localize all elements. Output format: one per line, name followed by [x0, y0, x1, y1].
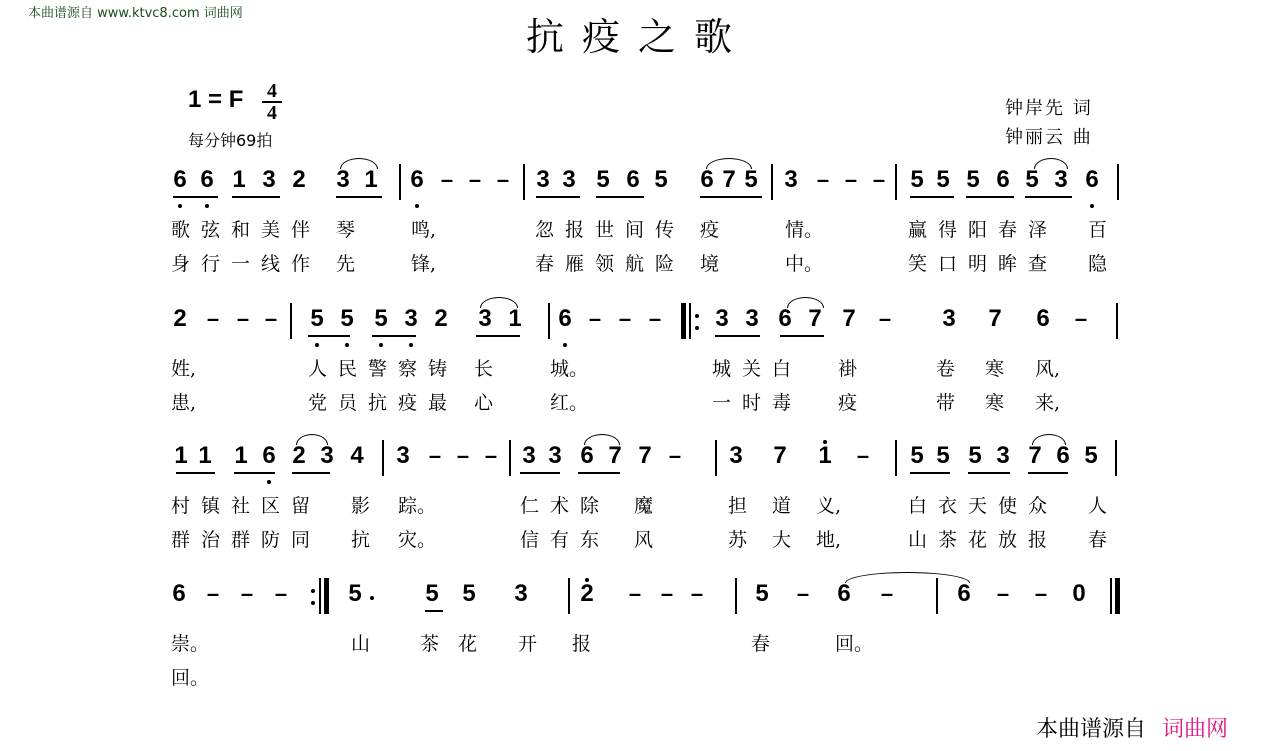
- note: 7: [986, 307, 1004, 331]
- footer-source: 本曲谱源自词曲网: [1036, 712, 1228, 743]
- note: 3: [394, 444, 412, 468]
- barline: [1116, 303, 1118, 339]
- barline: [771, 164, 773, 200]
- lyric-verse-1: 茶: [420, 633, 442, 655]
- sustain-dash: –: [234, 307, 252, 331]
- lyric-verse-2: 作: [291, 253, 313, 275]
- note: 2: [290, 444, 308, 468]
- beam-underline: [520, 472, 560, 474]
- barline: [523, 164, 525, 200]
- lyric-verse-2: 苏: [728, 529, 750, 551]
- slur: [1032, 434, 1066, 445]
- lyric-verse-2: 患,: [171, 392, 215, 414]
- sustain-dash: –: [688, 582, 706, 606]
- beam-underline: [173, 196, 218, 198]
- sustain-dash: –: [876, 307, 894, 331]
- note: 6: [1054, 444, 1072, 468]
- low-octave-dot: [267, 480, 271, 484]
- lyric-verse-2: 有: [550, 529, 572, 551]
- barline: [1117, 164, 1119, 200]
- slur: [480, 297, 518, 308]
- lyric-verse-1: 术: [550, 495, 572, 517]
- barline: [895, 440, 897, 476]
- lyric-verse-1: 魔: [634, 495, 656, 517]
- barline: [382, 440, 384, 476]
- lyric-verse-2: 笑: [908, 253, 930, 275]
- slur: [340, 158, 378, 169]
- barline: [399, 164, 401, 200]
- lyric-verse-2: 员: [338, 392, 360, 414]
- lyric-verse-1: 美: [261, 219, 283, 241]
- sustain-dash: –: [466, 168, 484, 192]
- lyric-verse-2: 防: [261, 529, 283, 551]
- lyric-verse-2: 领: [595, 253, 617, 275]
- note: 6: [1083, 168, 1101, 192]
- lyric-verse-1: 民: [338, 358, 360, 380]
- lyric-verse-2: 灾。: [398, 529, 442, 551]
- note: 5: [934, 168, 952, 192]
- lyric-verse-1: 担: [728, 495, 750, 517]
- lyric-verse-1: 疫: [700, 219, 722, 241]
- note: 2: [171, 307, 189, 331]
- note: 5: [372, 307, 390, 331]
- lyric-verse-2: 一: [231, 253, 253, 275]
- lyric-verse-2: 查: [1028, 253, 1050, 275]
- lyric-verse-2: 隐: [1088, 253, 1110, 275]
- lyric-verse-2: 寒: [985, 392, 1007, 414]
- note: 3: [940, 307, 958, 331]
- lyric-verse-2: 茶: [938, 529, 960, 551]
- lyric-verse-1: 使: [998, 495, 1020, 517]
- note: 2: [290, 168, 308, 192]
- lyric-verse-1: 衣: [938, 495, 960, 517]
- lyric-verse-1: 百: [1088, 219, 1110, 241]
- note: 6: [408, 168, 426, 192]
- lyric-verse-2: 信: [520, 529, 542, 551]
- lyric-verse-2: 带: [936, 392, 958, 414]
- barline: [290, 303, 292, 339]
- note: 6: [835, 582, 853, 606]
- lyric-verse-1: 山: [351, 633, 373, 655]
- lyric-verse-1: 区: [261, 495, 283, 517]
- lyric-verse-2: 同: [291, 529, 313, 551]
- note: 1: [196, 444, 214, 468]
- sustain-dash: –: [1032, 582, 1050, 606]
- lyric-verse-1: 村: [171, 495, 193, 517]
- note: 1: [232, 444, 250, 468]
- lyric-verse-1: 情。: [785, 219, 829, 241]
- sustain-dash: –: [1072, 307, 1090, 331]
- page-title: 抗疫之歌: [0, 6, 1276, 61]
- note: 3: [402, 307, 420, 331]
- lyric-verse-1: 开: [518, 633, 540, 655]
- note: 7: [636, 444, 654, 468]
- lyric-verse-1: 得: [938, 219, 960, 241]
- note: 3: [260, 168, 278, 192]
- note: 3: [560, 168, 578, 192]
- lyric-verse-1: 城: [712, 358, 734, 380]
- lyric-verse-1: 间: [625, 219, 647, 241]
- note: 5: [338, 307, 356, 331]
- barline: [715, 440, 717, 476]
- note: 5: [908, 444, 926, 468]
- lyric-verse-2: 中。: [785, 253, 829, 275]
- note: 1: [362, 168, 380, 192]
- note: 3: [727, 444, 745, 468]
- note: 3: [994, 444, 1012, 468]
- note: 6: [994, 168, 1012, 192]
- lyric-verse-1: 社: [231, 495, 253, 517]
- note: 6: [198, 168, 216, 192]
- lyric-verse-2: 报: [1028, 529, 1050, 551]
- beam-underline: [910, 196, 954, 198]
- lyric-verse-2: 身: [171, 253, 193, 275]
- sustain-dash: –: [482, 444, 500, 468]
- note: 5: [742, 168, 760, 192]
- lyric-verse-1: 寒: [985, 358, 1007, 380]
- lyric-verse-2: 治: [201, 529, 223, 551]
- lyric-verse-2: 最: [428, 392, 450, 414]
- beam-underline: [476, 335, 520, 337]
- sustain-dash: –: [616, 307, 634, 331]
- lyric-verse-2: 大: [772, 529, 794, 551]
- slur: [787, 297, 824, 308]
- time-signature-top: 4: [262, 82, 282, 100]
- lyric-verse-1: 传: [655, 219, 677, 241]
- lyric-verse-1: 白: [908, 495, 930, 517]
- note: 7: [806, 307, 824, 331]
- repeat-end-thin: [319, 578, 321, 614]
- note: 1: [172, 444, 190, 468]
- sustain-dash: –: [426, 444, 444, 468]
- note: 3: [512, 582, 530, 606]
- lyric-verse-1: 琴: [336, 219, 358, 241]
- note: 6: [698, 168, 716, 192]
- sustain-dash: –: [626, 582, 644, 606]
- lyric-verse-1: 义,: [816, 495, 860, 517]
- sustain-dash: –: [814, 168, 832, 192]
- note: 5: [908, 168, 926, 192]
- repeat-start-thick: [681, 303, 686, 339]
- beam-underline: [700, 196, 724, 198]
- repeat-dot: [311, 601, 315, 605]
- note: 5: [753, 582, 771, 606]
- lyric-verse-1: 回。: [835, 633, 879, 655]
- lyric-verse-1: 泽: [1028, 219, 1050, 241]
- sustain-dash: –: [494, 168, 512, 192]
- beam-underline: [234, 472, 275, 474]
- footer-site-link[interactable]: 词曲网: [1162, 717, 1228, 742]
- note: 5: [934, 444, 952, 468]
- note: 3: [534, 168, 552, 192]
- note: 5: [1023, 168, 1041, 192]
- sustain-dash: –: [262, 307, 280, 331]
- repeat-start-thin: [689, 303, 691, 339]
- lyric-verse-1: 众: [1028, 495, 1050, 517]
- lyric-verse-1: 影: [351, 495, 373, 517]
- lyric-verse-2: 航: [625, 253, 647, 275]
- note: 3: [713, 307, 731, 331]
- tempo-marking: 每分钟69拍: [188, 128, 272, 151]
- sustain-dash: –: [272, 582, 290, 606]
- note: 7: [771, 444, 789, 468]
- beam-underline: [715, 335, 760, 337]
- lyric-verse-1: 和: [231, 219, 253, 241]
- time-signature-bottom: 4: [262, 104, 282, 122]
- lyric-verse-2: 锋,: [411, 253, 455, 275]
- composer-credit: 钟丽云 曲: [1005, 123, 1093, 152]
- note: 3: [334, 168, 352, 192]
- key-signature: 1 = F: [188, 86, 243, 114]
- sustain-dash: –: [854, 444, 872, 468]
- beam-underline: [372, 335, 416, 337]
- lyric-verse-1: 花: [458, 633, 480, 655]
- sustain-dash: –: [454, 444, 472, 468]
- lyric-verse-1: 留: [291, 495, 313, 517]
- lyric-verse-2: 境: [700, 253, 722, 275]
- sustain-dash: –: [666, 444, 684, 468]
- sustain-dash: –: [204, 307, 222, 331]
- lyric-verse-2: 眸: [998, 253, 1020, 275]
- low-octave-dot: [205, 204, 209, 208]
- slur: [1034, 158, 1068, 169]
- note: 3: [318, 444, 336, 468]
- sustain-dash: –: [794, 582, 812, 606]
- low-octave-dot: [315, 343, 319, 347]
- note: 1: [230, 168, 248, 192]
- barline: [568, 578, 570, 614]
- beam-underline: [425, 610, 443, 612]
- lyric-verse-2: 一: [712, 392, 734, 414]
- note: 5: [966, 444, 984, 468]
- beam-underline: [176, 472, 215, 474]
- lyric-verse-1: 城。: [550, 358, 594, 380]
- lyric-verse-2: 春: [1088, 529, 1110, 551]
- lyric-verse-1: 世: [595, 219, 617, 241]
- beam-underline: [536, 196, 580, 198]
- beam-underline: [596, 196, 644, 198]
- lyric-verse-1: 仁: [520, 495, 542, 517]
- lyric-verse-1: 歌: [171, 219, 193, 241]
- final-barline-thick: [1115, 578, 1120, 614]
- note: 6: [556, 307, 574, 331]
- note: 5: [346, 582, 364, 606]
- note: 6: [1034, 307, 1052, 331]
- beam-underline: [968, 472, 1010, 474]
- lyric-verse-2: 雁: [565, 253, 587, 275]
- note: 6: [955, 582, 973, 606]
- note: 1: [816, 444, 834, 468]
- note: 7: [720, 168, 738, 192]
- low-octave-dot: [379, 343, 383, 347]
- slur: [296, 434, 328, 445]
- note: 3: [476, 307, 494, 331]
- lyric-verse-2: 回。: [171, 667, 215, 689]
- lyric-verse-2: 毒: [772, 392, 794, 414]
- sustain-dash: –: [842, 168, 860, 192]
- barline: [1115, 440, 1117, 476]
- beam-underline: [578, 472, 620, 474]
- slur: [584, 434, 620, 445]
- note: 7: [606, 444, 624, 468]
- note: 4: [348, 444, 366, 468]
- repeat-dot: [695, 326, 699, 330]
- sustain-dash: –: [438, 168, 456, 192]
- lyric-verse-2: 群: [231, 529, 253, 551]
- time-signature: 4 4: [262, 82, 282, 122]
- lyric-verse-1: 人: [308, 358, 330, 380]
- lyric-verse-2: 疫: [838, 392, 860, 414]
- slur: [845, 572, 970, 583]
- note: 2: [432, 307, 450, 331]
- lyric-verse-1: 鸣,: [411, 219, 455, 241]
- note: 5: [308, 307, 326, 331]
- lyric-verse-1: 报: [572, 633, 594, 655]
- low-octave-dot: [563, 343, 567, 347]
- lyric-verse-2: 心: [474, 392, 496, 414]
- lyric-verse-1: 春: [998, 219, 1020, 241]
- slur: [706, 158, 752, 169]
- lyric-verse-2: 口: [938, 253, 960, 275]
- sustain-dash: –: [658, 582, 676, 606]
- lyric-verse-1: 长: [474, 358, 496, 380]
- beam-underline: [910, 472, 950, 474]
- lyric-verse-1: 人: [1088, 495, 1110, 517]
- note: 5: [423, 582, 441, 606]
- note: 5: [1082, 444, 1100, 468]
- note: 3: [782, 168, 800, 192]
- lyric-verse-2: 行: [201, 253, 223, 275]
- lyric-verse-2: 风: [634, 529, 656, 551]
- lyric-verse-2: 红。: [550, 392, 594, 414]
- lyric-verse-2: 险: [655, 253, 677, 275]
- sustain-dash: –: [586, 307, 604, 331]
- note: 5: [594, 168, 612, 192]
- lyric-verse-1: 春: [751, 633, 773, 655]
- lyric-verse-2: 花: [968, 529, 990, 551]
- final-barline-thin: [1110, 578, 1112, 614]
- lyric-verse-2: 放: [998, 529, 1020, 551]
- note: 0: [1070, 582, 1088, 606]
- note: 3: [1052, 168, 1070, 192]
- lyric-verse-2: 先: [336, 253, 358, 275]
- note: 3: [743, 307, 761, 331]
- lyric-verse-1: 除: [580, 495, 602, 517]
- barline: [509, 440, 511, 476]
- repeat-end-thick: [324, 578, 329, 614]
- lyric-verse-1: 道: [772, 495, 794, 517]
- sustain-dash: –: [646, 307, 664, 331]
- note: 7: [840, 307, 858, 331]
- low-octave-dot: [415, 204, 419, 208]
- note: 3: [546, 444, 564, 468]
- sustain-dash: –: [204, 582, 222, 606]
- lyric-verse-2: 抗: [368, 392, 390, 414]
- lyric-verse-2: 时: [742, 392, 764, 414]
- high-octave-dot: [585, 578, 589, 582]
- note: 6: [260, 444, 278, 468]
- note: 1: [506, 307, 524, 331]
- credits: 钟岸先 词钟丽云 曲: [1005, 94, 1093, 152]
- barline: [936, 578, 938, 614]
- barline: [895, 164, 897, 200]
- lyric-verse-1: 铸: [428, 358, 450, 380]
- lyric-verse-2: 线: [261, 253, 283, 275]
- low-octave-dot: [178, 204, 182, 208]
- augmentation-dot: [370, 596, 374, 600]
- lyric-verse-1: 白: [772, 358, 794, 380]
- barline: [735, 578, 737, 614]
- note: 6: [624, 168, 642, 192]
- barline: [548, 303, 550, 339]
- lyric-verse-2: 春: [535, 253, 557, 275]
- lyric-verse-1: 伴: [291, 219, 313, 241]
- low-octave-dot: [409, 343, 413, 347]
- beam-underline: [1025, 196, 1072, 198]
- note: 5: [652, 168, 670, 192]
- beam-underline: [966, 196, 1014, 198]
- note: 6: [578, 444, 596, 468]
- sustain-dash: –: [878, 582, 896, 606]
- lyric-verse-1: 忽: [535, 219, 557, 241]
- beam-underline: [308, 335, 350, 337]
- beam-underline: [292, 472, 330, 474]
- note: 6: [170, 582, 188, 606]
- lyric-verse-1: 踪。: [398, 495, 442, 517]
- low-octave-dot: [345, 343, 349, 347]
- lyric-verse-2: 群: [171, 529, 193, 551]
- note: 3: [520, 444, 538, 468]
- lyric-verse-2: 地,: [816, 529, 860, 551]
- note: 5: [460, 582, 478, 606]
- footer-source-text: 本曲谱源自: [1036, 717, 1146, 742]
- repeat-dot: [695, 314, 699, 318]
- beam-underline: [780, 335, 824, 337]
- beam-underline: [336, 196, 382, 198]
- note: 6: [776, 307, 794, 331]
- lyric-verse-2: 明: [968, 253, 990, 275]
- lyric-verse-1: 报: [565, 219, 587, 241]
- lyric-verse-2: 东: [580, 529, 602, 551]
- lyric-verse-2: 疫: [398, 392, 420, 414]
- lyric-verse-1: 崇。: [171, 633, 215, 655]
- lyric-verse-2: 抗: [351, 529, 373, 551]
- sustain-dash: –: [870, 168, 888, 192]
- high-octave-dot: [823, 440, 827, 444]
- lyricist-credit: 钟岸先 词: [1005, 94, 1093, 123]
- sustain-dash: –: [994, 582, 1012, 606]
- lyric-verse-1: 天: [968, 495, 990, 517]
- lyric-verse-1: 姓,: [171, 358, 215, 380]
- note: 5: [964, 168, 982, 192]
- lyric-verse-2: 党: [308, 392, 330, 414]
- lyric-verse-1: 弦: [201, 219, 223, 241]
- lyric-verse-1: 褂: [838, 358, 860, 380]
- repeat-dot: [311, 589, 315, 593]
- lyric-verse-2: 来,: [1035, 392, 1079, 414]
- beam-underline: [232, 196, 280, 198]
- lyric-verse-1: 风,: [1035, 358, 1079, 380]
- low-octave-dot: [1090, 204, 1094, 208]
- lyric-verse-1: 关: [742, 358, 764, 380]
- lyric-verse-1: 卷: [936, 358, 958, 380]
- note: 2: [578, 582, 596, 606]
- lyric-verse-1: 赢: [908, 219, 930, 241]
- beam-underline: [1028, 472, 1068, 474]
- lyric-verse-1: 阳: [968, 219, 990, 241]
- lyric-verse-1: 警: [368, 358, 390, 380]
- lyric-verse-2: 山: [908, 529, 930, 551]
